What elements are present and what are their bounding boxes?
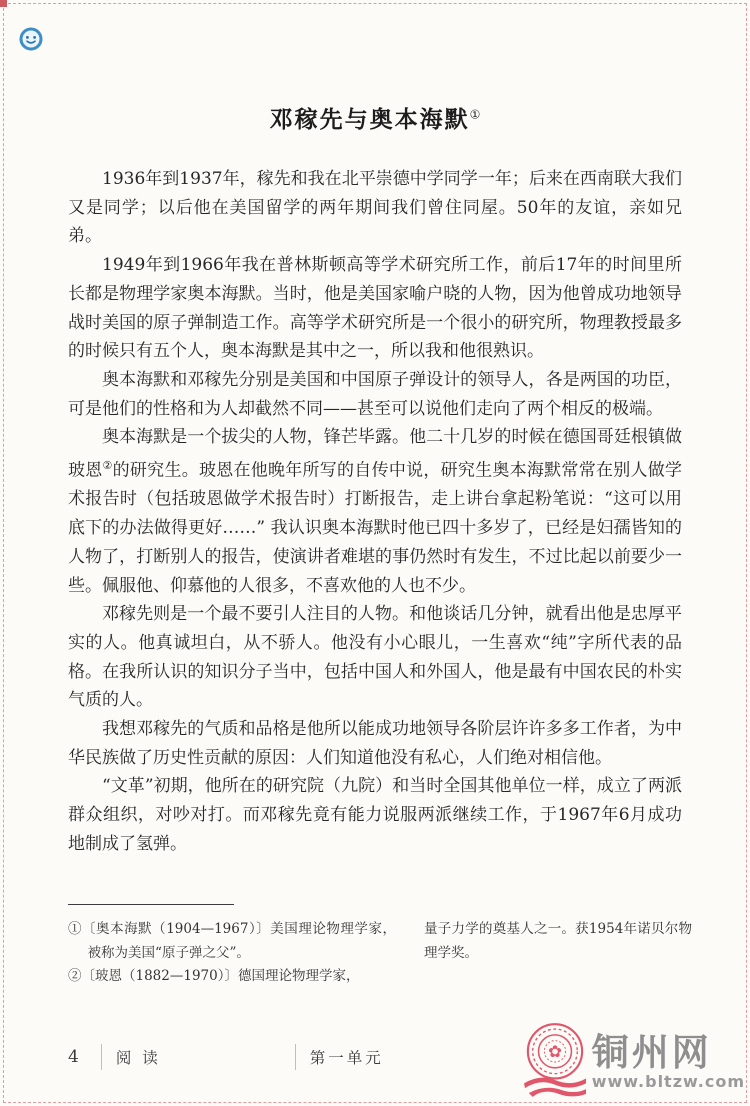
footnote-2: ②〔玻恩（1882—1970）〕德国理论物理学家， — [68, 965, 396, 989]
watermark-seal-icon: ✿ — [524, 1022, 586, 1102]
title-text: 邓稼先与奥本海默 — [270, 106, 470, 133]
svg-text:✿: ✿ — [548, 1042, 562, 1061]
footer-section-label: 阅 读 — [116, 1046, 161, 1068]
footnote-ref-1: ① — [470, 107, 481, 121]
footnote-divider — [68, 904, 234, 905]
footnote-column-left: ①〔奥本海默（1904—1967）〕美国理论物理学家，被称为美国“原子弹之父”。… — [68, 918, 396, 989]
paragraph-6: 我想邓稼先的气质和品格是他所以能成功地领导各阶层许许多多工作者，为中华民族做了历… — [68, 715, 682, 772]
footnote-2-continuation: 量子力学的奠基人之一。获1954年诺贝尔物理学奖。 — [424, 918, 692, 965]
watermark-site-name: 铜州网 — [592, 1033, 745, 1072]
footer-divider — [295, 1044, 296, 1070]
paragraph-2: 1949年到1966年我在普林斯顿高等学术研究所工作，前后17年的时间里所长都是… — [68, 251, 682, 366]
paragraph-1: 1936年到1937年，稼先和我在北平崇德中学同学一年；后来在西南联大我们又是同… — [68, 165, 682, 251]
paragraph-3: 奥本海默和邓稼先分别是美国和中国原子弹设计的领导人，各是两国的功臣，可是他们的性… — [68, 366, 682, 423]
watermark-url: www.bltzw.com — [592, 1072, 745, 1091]
paragraph-4: 奥本海默是一个拔尖的人物，锋芒毕露。他二十几岁的时候在德国哥廷根镇做玻恩②的研究… — [68, 423, 682, 600]
page-footer: 4 阅 读 第一单元 — [68, 1044, 384, 1070]
footnote-1: ①〔奥本海默（1904—1967）〕美国理论物理学家，被称为美国“原子弹之父”。 — [68, 918, 396, 965]
footnotes-section: ①〔奥本海默（1904—1967）〕美国理论物理学家，被称为美国“原子弹之父”。… — [68, 904, 692, 989]
footnote-columns: ①〔奥本海默（1904—1967）〕美国理论物理学家，被称为美国“原子弹之父”。… — [68, 918, 692, 989]
footnote-column-right: 量子力学的奠基人之一。获1954年诺贝尔物理学奖。 — [424, 918, 692, 989]
watermark: ✿ 铜州网 www.bltzw.com — [524, 1022, 745, 1102]
page-title: 邓稼先与奥本海默① — [0, 101, 750, 134]
textbook-page: 邓稼先与奥本海默① 1936年到1937年，稼先和我在北平崇德中学同学一年；后来… — [0, 0, 750, 1106]
smiley-icon — [19, 27, 43, 51]
footnote-ref-2: ② — [103, 459, 113, 472]
footer-divider — [101, 1044, 102, 1070]
article-body: 1936年到1937年，稼先和我在北平崇德中学同学一年；后来在西南联大我们又是同… — [68, 165, 682, 859]
watermark-text: 铜州网 www.bltzw.com — [592, 1033, 745, 1092]
paragraph-5: 邓稼先则是一个最不要引人注目的人物。和他谈话几分钟，就看出他是忠厚平实的人。他真… — [68, 600, 682, 715]
paragraph-7: “文革”初期，他所在的研究院（九院）和当时全国其他单位一样，成立了两派群众组织，… — [68, 772, 682, 858]
corner-mark — [0, 0, 7, 7]
footer-unit-label: 第一单元 — [310, 1046, 384, 1068]
paragraph-4-text-continued: 的研究生。玻恩在他晚年所写的自传中说，研究生奥本海默常常在别人做学术报告时（包括… — [68, 461, 682, 596]
page-number: 4 — [68, 1047, 79, 1067]
